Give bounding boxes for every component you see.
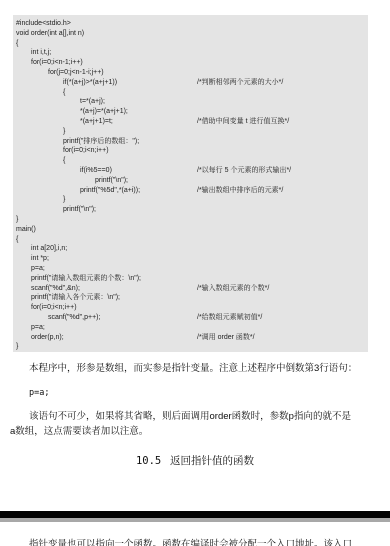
code-snippet: p=a; [29,387,49,400]
section-number: 10.5 [136,455,161,467]
paragraph-note-line2: a数组，这点需要读者加以注意。 [0,425,390,438]
page-separator-dark [0,511,390,518]
paragraph-text: 该语句不可少，如果将其省略，则后面调用order函数时，参数p指向的就不是 [29,411,351,422]
code-line: } [13,341,368,352]
page-separator-light [0,518,390,522]
code-listing: #include<stdio.h>void order(int a[],int … [13,15,368,352]
paragraph-note-line1: 该语句不可少，如果将其省略，则后面调用order函数时，参数p指向的就不是 [0,410,390,423]
paragraph-text: a数组，这点需要读者加以注意。 [10,426,148,437]
code-text: } [16,341,18,352]
paragraph-explanation: 本程序中，形参是数组，而实参是指针变量。注意上述程序中倒数第3行语句： [0,362,390,375]
paragraph-text: 指针变量也可以指向一个函数。函数在编译时会被分配一个入口地址。该入口 [29,538,352,546]
cut-off-paragraph: 指针变量也可以指向一个函数。函数在编译时会被分配一个入口地址。该入口 [0,538,390,546]
section-heading: 10.5 返回指针值的函数 [0,454,390,468]
section-title: 返回指针值的函数 [170,455,254,467]
paragraph-text: 本程序中，形参是数组，而实参是指针变量。注意上述程序中倒数第3行语句： [29,363,357,374]
